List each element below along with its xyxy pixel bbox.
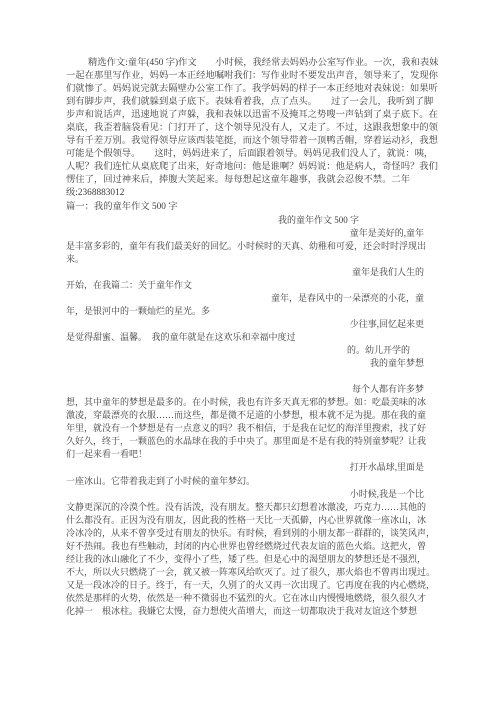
text-line: 我的童年作文 500 字	[278, 214, 437, 227]
text-line: 篇一：我的童年作文 500 字	[66, 201, 437, 214]
text-line: 一座冰山。它带着我走到了小时候的童年梦幻。	[66, 475, 437, 488]
text-line: 来。	[66, 253, 437, 266]
text-line: 每个人都有许多梦	[66, 383, 424, 396]
text-line: 开始，在我篇二：关于童年作文	[66, 279, 437, 292]
text-line: 的。幼儿开学的	[66, 344, 410, 357]
text-line: 们就惨了。妈妈说完就去隔壁办公室工作了。我学妈妈的样子一本正经地对表妹说：如果听	[66, 83, 437, 96]
text-line: 化掉一 根冰柱。我嫌它太慢，奋力想使火苗增大，而这一切都取决于我对友谊这个梦想	[66, 605, 437, 618]
text-line: 年，是银河中的一颗灿烂的星光。多	[66, 305, 437, 318]
text-line: 童年，是春风中的一朵漂亮的小花，童	[66, 292, 424, 305]
text-line: 到有脚步声，我们就躲到桌子底下。表妹看着我，点了点头。 过了一会儿，我听到了脚	[66, 96, 437, 109]
text-line: 童年是我们人生的	[66, 266, 424, 279]
text-line: 打开水晶球,里面是	[66, 461, 424, 474]
text-line: 可能是个假领导。 这时，妈妈进来了，后面跟着领导。妈妈见我们没人了，就说：咦，	[66, 148, 437, 161]
blank-line	[66, 370, 437, 383]
text-line: 级:2368883012	[66, 187, 437, 200]
text-line: 们一起来看一看吧！	[66, 448, 437, 461]
text-line: 导有千差万别。我觉得领导应该西装笔挺，而这个领导带着一顶鸭舌帽，穿着运动衫，我想	[66, 135, 437, 148]
text-line: 愣住了，回过神来后，捧腹大笑起来。每每想起这童年趣事，我就会忍俊不禁。二年	[66, 174, 437, 187]
text-line: 一起在那里写作业，妈妈一本正经地嘱咐我们：写作业时不要发出声音，领导来了，发现你	[66, 70, 437, 83]
essay-text-block: 精选作文:童年(450 字)作文 小时候，我经常去妈妈办公室写作业。一次，我和表…	[66, 57, 437, 618]
text-line: 好不热闹。我也有些触动，封闭的内心世界也曾经燃烧过代表友谊的蓝色火焰。这把火，曾	[66, 540, 437, 553]
text-line: 久好久，终于，一颗蓝色的水晶球在我的手中央了。那里面是不是有我的特别童梦呢？让我	[66, 435, 437, 448]
text-line: 冷冰冷的，从来不曾享受过有朋友的快乐。有时候，看到别的小朋友都一群群的，谈笑风声…	[66, 527, 437, 540]
text-line: 精选作文:童年(450 字)作文 小时候，我经常去妈妈办公室写作业。一次，我和表…	[66, 57, 437, 70]
document-page: 精选作文:童年(450 字)作文 小时候，我经常去妈妈办公室写作业。一次，我和表…	[0, 0, 496, 702]
text-line: 又是一段冰冷的日子。终于，有一天，久别了的火又再一次出现了。它再度在我的内心燃烧…	[66, 579, 437, 592]
text-line: 是觉得甜蜜、温馨。 我的童年就是在这欢乐和幸福中度过	[66, 331, 437, 344]
text-line: 想，其中童年的梦想是最多的。在小时候，我也有许多天真无邪的梦想。如：吃最美味的冰	[66, 396, 437, 409]
text-line: 依然是那样的火势，依然是一种不微弱也不猛烈的火。它在冰山内慢慢地燃烧，很久很久才	[66, 592, 437, 605]
text-line: 桌底，我歪着脑袋看见：门打开了，这个领导见没有人，又走了。不过，这跟我想象中的领	[66, 122, 437, 135]
text-line: 什么都没有。正因为没有朋友，因此我的性格一天比一天孤僻，内心世界就像一座冰山，冰	[66, 514, 437, 527]
text-line: 年里，就没有一个梦想是有一点意义的吗？我不相信，于是我在记忆的海洋里搜索，找了好	[66, 422, 437, 435]
text-line: 步声和说话声，迅速地说了声躲，我和表妹以迅雷不及掩耳之势嗖一声钻到了桌子底下。在	[66, 109, 437, 122]
text-line: 小时候,我是一个比	[66, 488, 424, 501]
text-line: 激凌，穿最漂亮的衣服……而这些，都是微不足道的小梦想，根本就不足为提。那在我的童	[66, 409, 437, 422]
text-line: 我的童年梦想	[66, 357, 424, 370]
text-line: 经让我的冰山融化了不少，变得小了些，矮了些。但是心中的渴望朋友的梦想还是不强烈，	[66, 553, 437, 566]
text-line: 是丰富多彩的，童年有我们最美好的回忆。小时候时的天真、幼稚和可爱，还会时时浮现出	[66, 240, 437, 253]
text-line: 不大，所以火只燃烧了一会，就又被一阵寒风给吹灭了。过了很久，那火焰也不曾再出现过…	[66, 566, 437, 579]
text-line: 文静更深沉的冷漠个性。没有活泼，没有朋友。整天都只幻想着冰激凌，巧克力……其他的	[66, 501, 437, 514]
text-line: 少往事,回忆起来更	[66, 318, 424, 331]
text-line: 人呢？我们连忙从桌底爬了出来，好奇地问：他是谁啊？妈妈说：他是病人，奇怪吗？我们	[66, 161, 437, 174]
text-line: 童年是美好的,童年	[66, 227, 424, 240]
